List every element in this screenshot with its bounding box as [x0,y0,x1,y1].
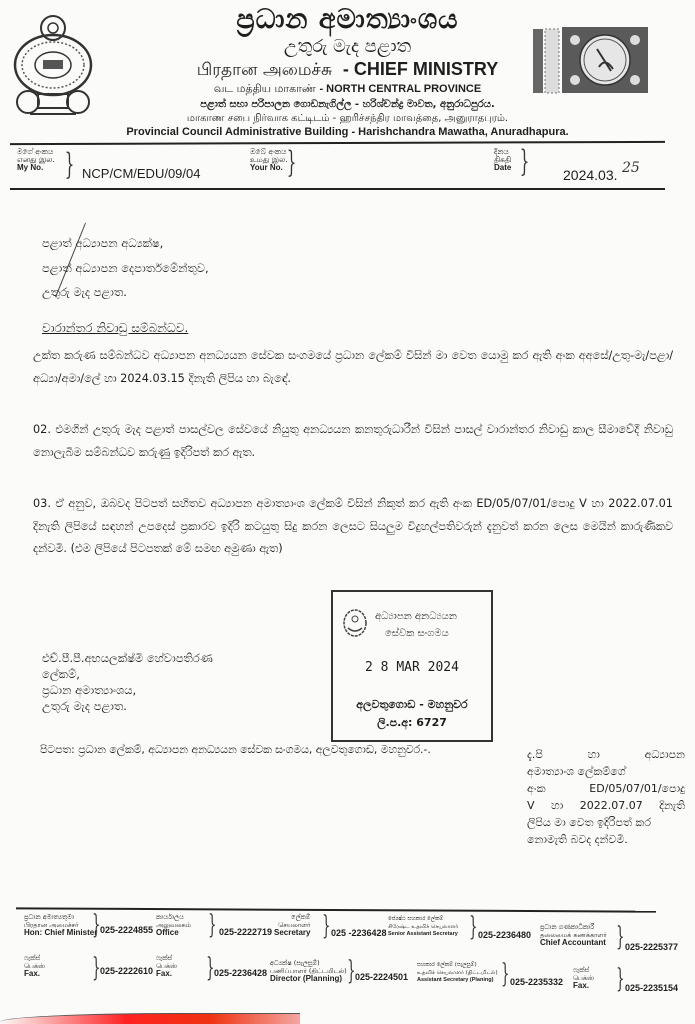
address-english: Provincial Council Administrative Buildi… [0,126,695,138]
side-note-line: ලිපිය මා වෙත ඉදිරිපත් කර [527,814,685,831]
footer-contact-label: ෆැක්ස් பெக்ஸ் Fax. [156,955,177,978]
stamp-reg-no: ලි.ප.අ: 6727 [333,716,491,730]
ministry-english: - CHIEF MINISTRY [343,59,498,79]
label-ta: உதவிச் செயலாளர் (திட்டமிடல்) [417,970,498,978]
province-line: வட மத்திய மாகாண் - NORTH CENTRAL PROVINC… [0,82,695,97]
date-label: දිනය திகதி Date [494,148,511,172]
footer-contact-label: ප්‍රධාන අමාත්‍යතුමා பிரதான அமைச்சர் Hon:… [24,914,97,937]
stamp-date: 2 8 MAR 2024 [333,660,491,675]
footer-phone: 025-2224855 [100,925,153,935]
signatory-name: එච්.පී.පී.අභයලක්ෂ්මි හේවාපතිරණ [42,650,213,666]
side-note: දැ.පි හා අධ්‍යාපන අමාත්‍යාංශ ලේකම්ගේ අංක… [527,746,685,848]
label-en: Fax. [156,970,177,978]
paragraph-2: 02. එමගින් උතුරු මැද පළාත් පාසල්වල සේවයේ… [33,419,673,464]
label-en: Fax. [573,982,594,990]
date-value: 2024.03. [563,167,618,183]
brace: } [616,966,624,992]
brace: } [208,912,216,938]
label-en: Director (Planning) [270,975,347,983]
subject-heading: වාරාන්තර නිවාඩු සම්බන්ධව. [42,320,188,336]
province-tamil: வட மத்திய மாகாண் [214,82,316,95]
address-sinhala: පළාත් සභා පරිපාලන ගොඩනැගිල්ල - හරිශ්චන්ද… [0,99,695,110]
label-en: Secretary [274,929,310,937]
address-tamil: மாகாண சபை நிர்வாக கட்டிடம் - ஹரிச்சந்திர… [0,113,695,125]
footer-phone: 025-2222719 [219,927,272,937]
footer-contact-label: කාර්යාලය அலுவலகம் Office [156,914,191,937]
label-en: Assistant Secretary (Planing) [417,977,498,985]
footer-phone: 025-2225377 [625,942,678,952]
brace: } [287,148,297,178]
footer-phone: 025-2224501 [355,972,408,982]
ministry-tamil: பிரதான அமைச்சு [197,60,332,80]
side-note-line: දැ.පි හා අධ්‍යාපන [527,746,685,763]
brace: } [616,924,624,950]
header-divider [10,141,665,145]
label-en: Hon: Chief Minister [24,929,97,937]
signatory-block: එච්.පී.පී.අභයලක්ෂ්මි හේවාපතිරණ ලේකම්, ප්… [42,650,213,714]
stamp-org-line1: අධ්‍යාපන අනධ්‍යයන [375,611,457,622]
footer-phone: 025-2236428 [214,968,267,978]
paragraph-1: උක්ත කරුණ සම්බන්ධව අධ්‍යාපන අනධ්‍යයන සේව… [33,345,673,390]
signatory-office: ප්‍රධාන අමාත්‍යාංශය, [42,682,213,698]
province-english: - NORTH CENTRAL PROVINCE [319,83,481,95]
reference-divider [10,188,665,190]
footer-contact-label: ප්‍රධාන ගණකාධිකාරී தலைமைக் கணக்காளர் Chi… [540,924,607,947]
side-note-line: V හා 2022.07.07 දිනැති [527,797,685,814]
brace: } [65,150,75,180]
ministry-line: பிரதான அமைச்சு - CHIEF MINISTRY [0,59,695,82]
date-label-en: Date [494,164,511,172]
side-note-line: නොමැති බවද දන්වමි. [527,831,685,848]
brace: } [322,913,330,939]
your-no-label: ඔබේ අංකය உமது இல. Your No. [250,148,288,172]
footer-phone: 025-2235154 [625,983,678,993]
handwritten-day: 25 [622,160,640,176]
province-sinhala: උතුරු මැද පළාත [0,36,695,57]
brace: } [501,961,509,987]
label-en: Fax. [24,970,45,978]
footer-phone: 025-2236480 [478,930,531,940]
footer-phone: 025-2222610 [100,966,153,976]
label-si: ජ්‍යෙෂ්ඨ සහකාර ලේකම් [388,916,458,924]
footer-contact-label: සහකාර ලේකම් (සැලසුම්) உதவிச் செயலாளர் (த… [417,962,498,985]
addressee-line: පළාත් අධ්‍යාපන අධ්‍යක්ෂ, [42,235,163,251]
footer-contact-label: ෆැක්ස් பெக்ஸ் Fax. [24,955,45,978]
label-ta: சிரேஷ்ட உதவிச் செயலாளர் [388,924,458,932]
union-logo-icon [342,606,368,638]
signatory-title: ලේකම්, [42,666,213,682]
brace: } [469,914,477,940]
stamp-org-line2: සේවක සංගමය [385,628,449,639]
label-en: Chief Accountant [540,939,607,947]
my-no-value: NCP/CM/EDU/09/04 [82,166,200,181]
footer-contact-label: ෆැක්ස් பெக்ஸ் Fax. [573,967,594,990]
footer-phone: 025 -2236428 [331,928,387,938]
footer-divider [16,907,656,912]
addressee-line: උතුරු මැද පළාත. [42,284,127,300]
paragraph-3: 03. ඒ අනුව, ඔබවද පිටපත් සහිතව අධ්‍යාපන අ… [33,493,673,561]
signatory-province: උතුරු මැද පළාත. [42,698,213,714]
union-receipt-stamp: අධ්‍යාපන අනධ්‍යයන සේවක සංගමය 2 8 MAR 202… [331,590,493,742]
footer-contact-label: ජ්‍යෙෂ්ඨ සහකාර ලේකම් சிரேஷ்ட உதவிச் செயல… [388,916,458,939]
my-no-label-en: My No. [17,164,55,172]
footer-contact-label: අධ්‍යක්ෂ (සැලසුම්) பணிப்பாளர் (திட்டமிடல… [270,960,347,983]
footer-phone: 025-2235332 [510,977,563,987]
my-no-label: මගේ අංකය எனது இல. My No. [17,148,55,172]
copy-to-line: පිටපත: ප්‍රධාන ලේකම්, අධ්‍යාපන අනධ්‍යයන … [40,742,431,758]
side-note-line: අමාත්‍යාංශ ලේකම්ගේ [527,763,685,780]
footer-contact-label: ලේකම් செயலாளர் Secretary [274,914,310,937]
your-no-label-en: Your No. [250,164,288,172]
red-scan-mark [0,1013,300,1024]
label-en: Office [156,929,191,937]
side-note-line: අංක ED/05/07/01/පොදු [527,780,685,797]
stamp-location: අලවතුගොඩ - මහනුවර [333,698,491,712]
label-en: Senior Assistant Secretary [388,931,458,939]
brace: } [520,147,530,177]
ministry-title-sinhala: ප්‍රධාන අමාත්‍යාංශය [0,4,695,36]
label-si: සහකාර ලේකම් (සැලසුම්) [417,962,498,970]
